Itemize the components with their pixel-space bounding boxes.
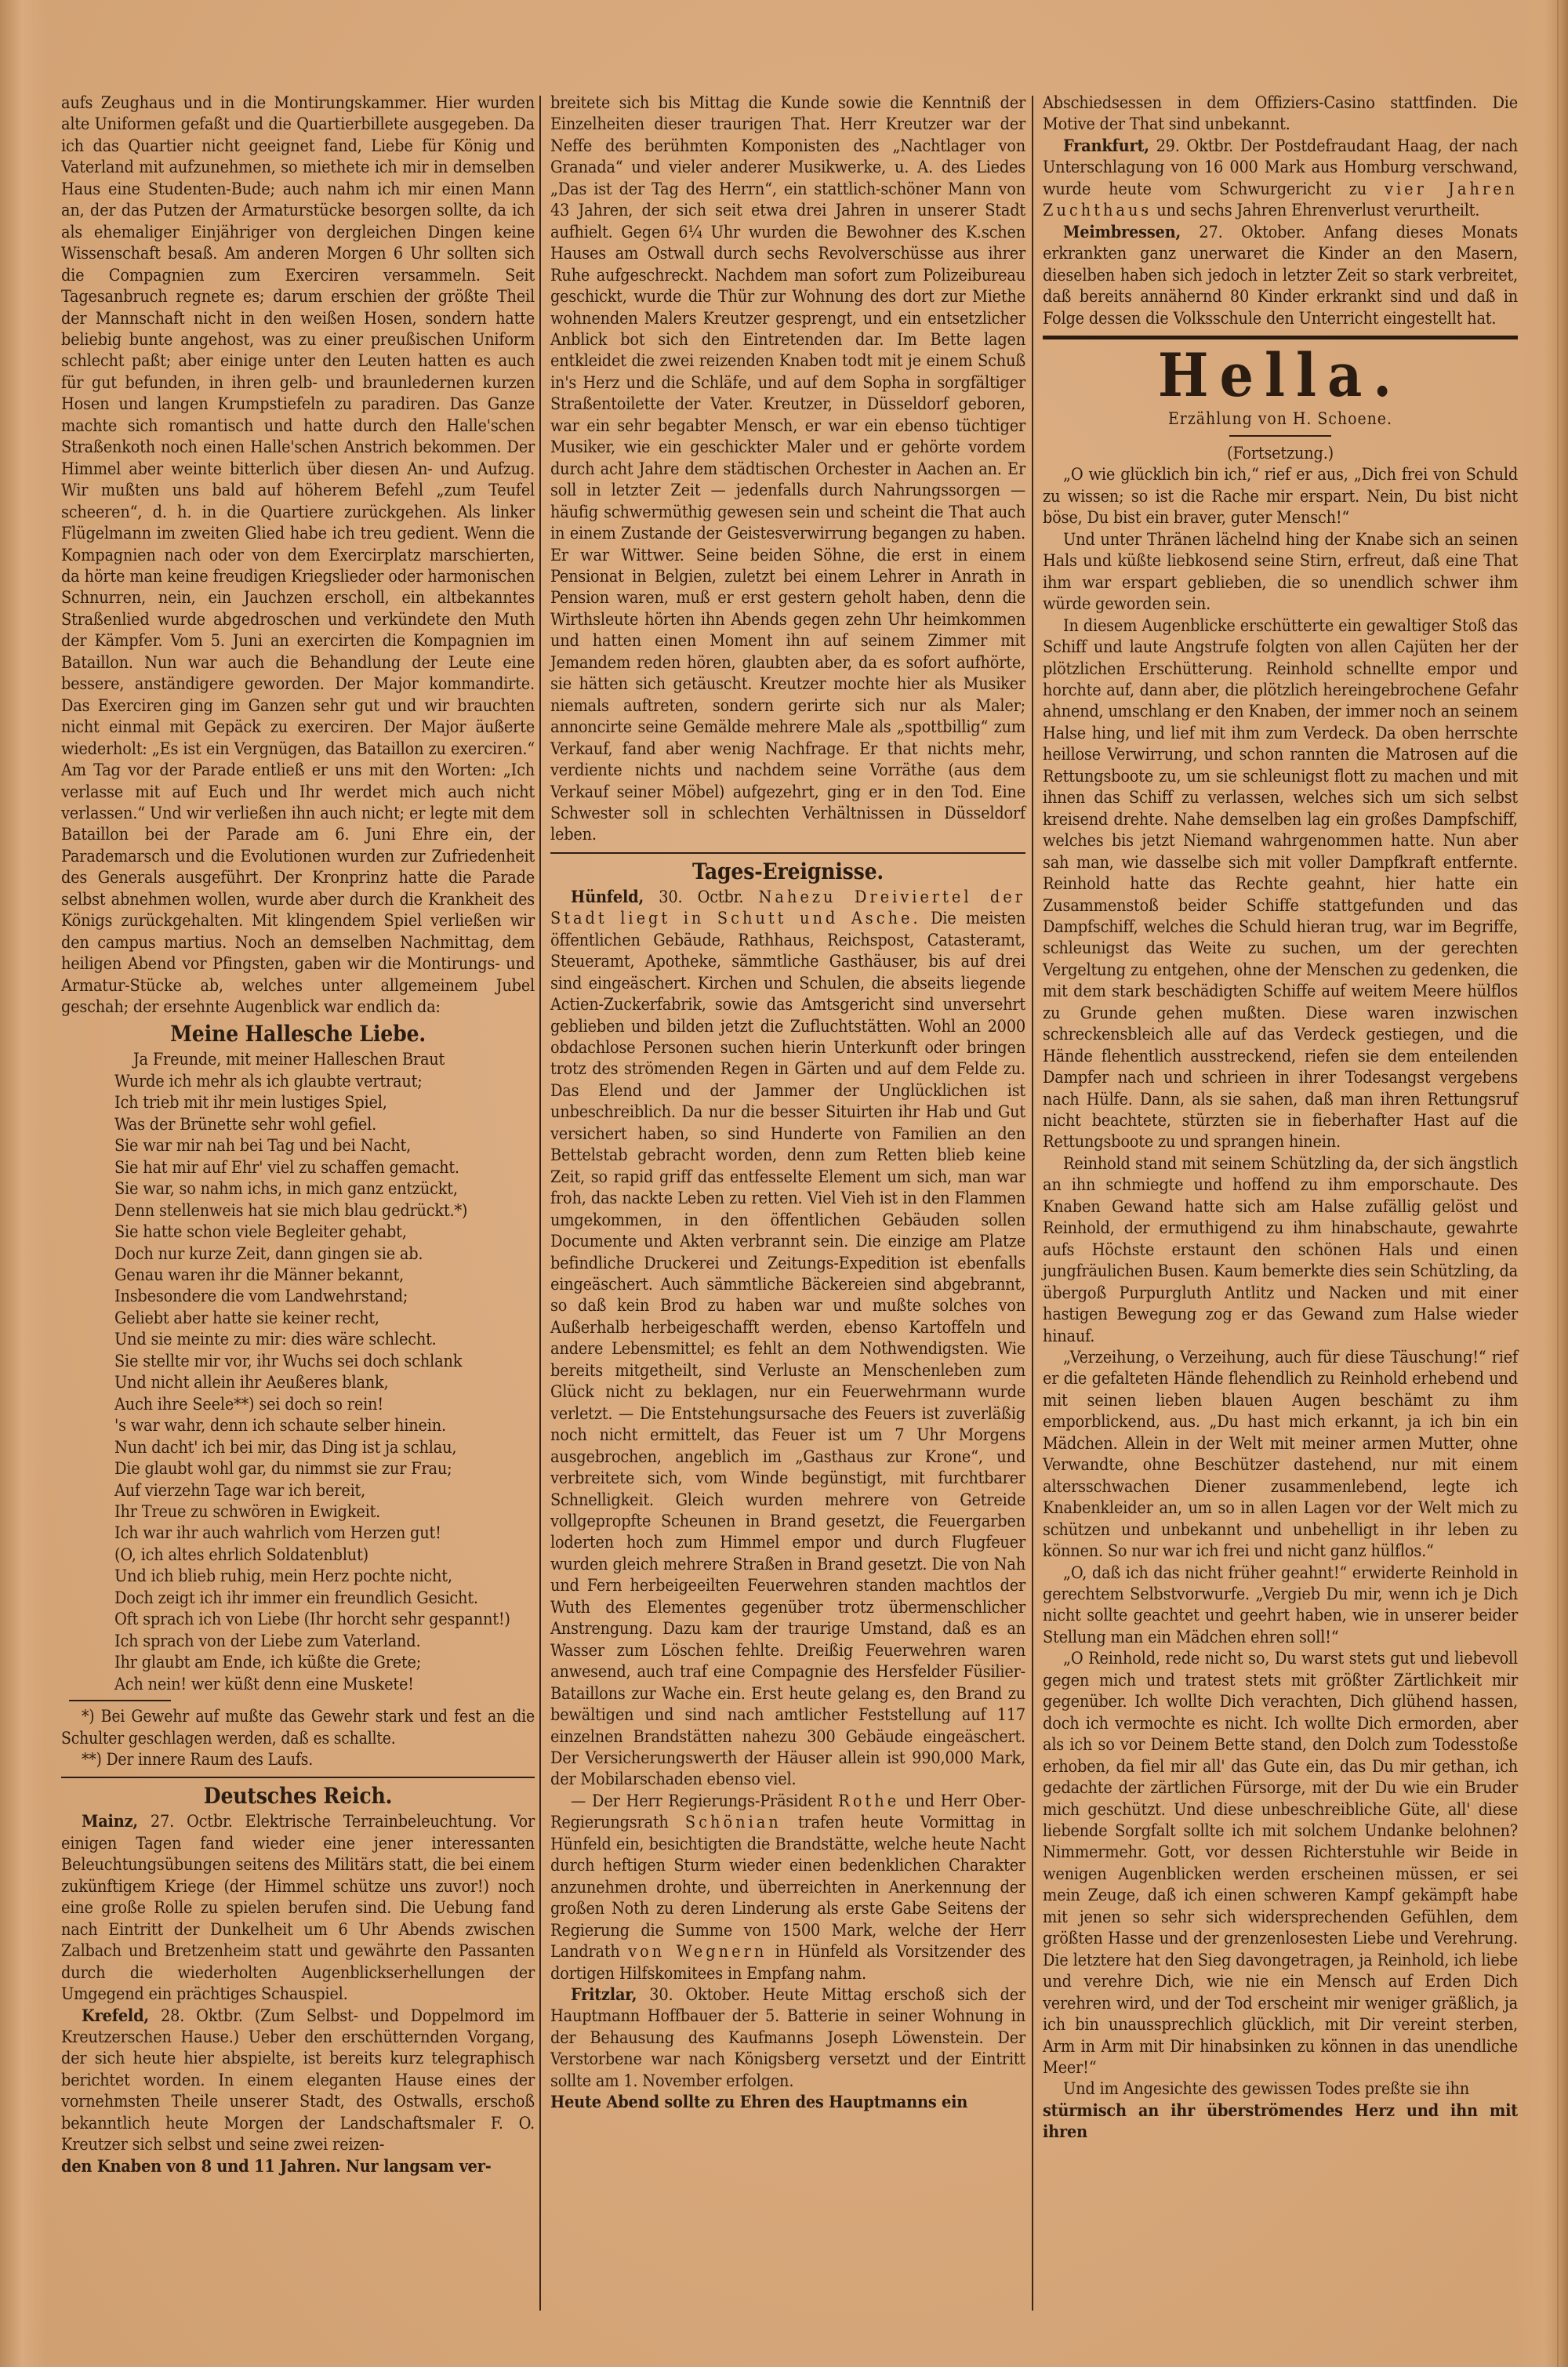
poem-line: Denn stellenweis hat sie mich blau gedrü… xyxy=(61,1200,535,1222)
story-paragraph: Und unter Thränen lächelnd hing der Knab… xyxy=(1043,529,1518,615)
story-paragraph: Reinhold stand mit seinem Schützling da,… xyxy=(1043,1153,1518,1347)
poem-line: Und ich blieb ruhig, mein Herz pochte ni… xyxy=(61,1566,535,1587)
poem-line: Ja Freunde, mit meiner Halleschen Braut xyxy=(61,1049,535,1070)
poem: Ja Freunde, mit meiner Halleschen Braut … xyxy=(61,1049,535,1695)
news-item-fritzlar: Fritzlar, 30. Oktober. Heute Mittag ersc… xyxy=(550,1984,1025,2092)
poem-line: Doch zeigt ich ihr immer ein freundlich … xyxy=(61,1588,535,1609)
poem-line: Auch ihre Seele**) sei doch so rein! xyxy=(61,1394,535,1415)
poem-line: Nun dacht' ich bei mir, das Ding ist ja … xyxy=(61,1437,535,1458)
section-rule xyxy=(61,1777,535,1778)
poem-line: Ich trieb mit ihr mein lustiges Spiel, xyxy=(61,1092,535,1113)
poem-line: 's war wahr, denn ich schaute selber hin… xyxy=(61,1415,535,1436)
news-text: 28. Oktbr. (Zum Selbst- und Doppelmord i… xyxy=(61,2006,535,2155)
story-paragraph: „O Reinhold, rede nicht so, Du warst ste… xyxy=(1043,1648,1518,2078)
poem-line: Was der Brünette sehr wohl gefiel. xyxy=(61,1114,535,1135)
poem-line: Sie hat mir auf Ehr' viel zu schaffen ge… xyxy=(61,1157,535,1178)
poem-line: Die glaubt wohl gar, du nimmst sie zur F… xyxy=(61,1458,535,1479)
poem-line: Genau waren ihr die Männer bekannt, xyxy=(61,1265,535,1286)
poem-line: Wurde ich mehr als ich glaubte vertraut; xyxy=(61,1071,535,1092)
column-3: Abschiedsessen in dem Offiziers-Casino s… xyxy=(1043,93,1518,2144)
news-text: und sechs Jahren Ehrenverlust verurtheil… xyxy=(1152,201,1479,220)
spaced-name: von Wegnern xyxy=(628,1942,767,1962)
spaced-name: Rothe xyxy=(838,1792,899,1811)
poem-title: Meine Hallesche Liebe. xyxy=(61,1021,535,1047)
news-text-tail: Heute Abend sollte zu Ehren des Hauptman… xyxy=(550,2092,1025,2113)
news-text: trafen heute Vormittag in Hünfeld ein, b… xyxy=(550,1813,1025,1962)
dateline-place: Frankfurt, xyxy=(1063,136,1149,156)
poem-line: Ihr glaubt am Ende, ich küßte die Grete; xyxy=(61,1652,535,1673)
news-item-meimbressen: Meimbressen, 27. Oktober. Anfang dieses … xyxy=(1043,222,1518,329)
footnote: **) Der innere Raum des Laufs. xyxy=(61,1749,535,1770)
poem-line: Sie war mir nah bei Tag und bei Nacht, xyxy=(61,1135,535,1156)
page-fold-edge xyxy=(1557,0,1559,2367)
poem-line: Ich sprach von der Liebe zum Vaterland. xyxy=(61,1631,535,1652)
feuilleton-subtitle: Erzählung von H. Schoene. xyxy=(1043,407,1518,430)
title-rule xyxy=(1229,435,1331,437)
news-text: Die meisten öffentlichen Gebäude, Rathha… xyxy=(550,909,1025,1789)
section-heading-deutsches-reich: Deutsches Reich. xyxy=(61,1783,535,1810)
poem-line: Auf vierzehn Tage war ich bereit, xyxy=(61,1480,535,1501)
column-1: aufs Zeughaus und in die Montirungskamme… xyxy=(61,93,535,2177)
story-paragraph: In diesem Augenblicke erschütterte ein g… xyxy=(1043,615,1518,1153)
poem-line: Oft sprach ich von Liebe (Ihr horcht seh… xyxy=(61,1609,535,1630)
column-divider xyxy=(1032,96,1033,2311)
story-paragraph: „Verzeihung, o Verzeihung, auch für dies… xyxy=(1043,1347,1518,1563)
poem-line: Und sie meinte zu mir: dies wäre schlech… xyxy=(61,1329,535,1350)
poem-line: Und nicht allein ihr Aeußeres blank, xyxy=(61,1372,535,1393)
article-text: aufs Zeughaus und in die Montirungskamme… xyxy=(61,93,535,1018)
poem-line: (O, ich altes ehrlich Soldatenblut) xyxy=(61,1545,535,1566)
poem-line: Ich war ihr auch wahrlich vom Herzen gut… xyxy=(61,1523,535,1544)
news-item-huenfeld: Hünfeld, 30. Octbr. Nahezu Dreiviertel d… xyxy=(550,887,1025,1791)
news-item-regierung: — Der Herr Regierungs-Präsident Rothe un… xyxy=(550,1791,1025,1984)
article-text: Abschiedsessen in dem Offiziers-Casino s… xyxy=(1043,93,1518,136)
news-text: 27. Octbr. Elektrische Terrainbeleuchtun… xyxy=(61,1812,535,2004)
dateline-place: Krefeld, xyxy=(82,2006,149,2026)
dateline-date: 30. Octbr. xyxy=(644,888,758,907)
poem-line: Sie stellte mir vor, ihr Wuchs sei doch … xyxy=(61,1351,535,1372)
story-paragraph: „O, daß ich das nicht früher geahnt!“ er… xyxy=(1043,1563,1518,1649)
column-divider xyxy=(539,96,541,2311)
feuilleton-title: Hella. xyxy=(1043,344,1518,407)
poem-line: Sie hatte schon viele Begleiter gehabt, xyxy=(61,1222,535,1243)
spaced-name: Schönian xyxy=(685,1813,782,1832)
dateline-place: Meimbressen, xyxy=(1063,223,1181,242)
section-rule xyxy=(550,852,1025,854)
dateline-place: Mainz, xyxy=(82,1812,138,1832)
news-text: — Der Herr Regierungs-Präsident xyxy=(571,1792,838,1811)
poem-line: Geliebt aber hatte sie keiner recht, xyxy=(61,1308,535,1329)
footnote: *) Bei Gewehr auf mußte das Gewehr stark… xyxy=(61,1706,535,1749)
footnote-rule xyxy=(69,1700,171,1701)
story-paragraph: „O wie glücklich bin ich,“ rief er aus, … xyxy=(1043,464,1518,528)
story-paragraph: Und im Angesichte des gewissen Todes pre… xyxy=(1043,2078,1518,2100)
article-text: breitete sich bis Mittag die Kunde sowie… xyxy=(550,93,1025,846)
news-item-frankfurt: Frankfurt, 29. Oktbr. Der Postdefraudant… xyxy=(1043,136,1518,222)
news-text-tail: den Knaben von 8 und 11 Jahren. Nur lang… xyxy=(61,2156,535,2177)
dateline-place: Hünfeld, xyxy=(571,888,644,907)
poem-line: Insbesondere die vom Landwehrstand; xyxy=(61,1286,535,1307)
poem-line: Ihr Treue zu schwören in Ewigkeit. xyxy=(61,1501,535,1523)
poem-line: Sie war, so nahm ichs, in mich ganz entz… xyxy=(61,1178,535,1200)
feuilleton-rule xyxy=(1043,336,1518,339)
continuation-label: (Fortsetzung.) xyxy=(1043,443,1518,464)
news-item-mainz: Mainz, 27. Octbr. Elektrische Terrainbel… xyxy=(61,1811,535,2005)
poem-line: Doch nur kurze Zeit, dann gingen sie ab. xyxy=(61,1243,535,1265)
news-item-krefeld: Krefeld, 28. Oktbr. (Zum Selbst- und Dop… xyxy=(61,2006,535,2156)
story-text-tail: stürmisch an ihr überströmendes Herz und… xyxy=(1043,2100,1518,2144)
poem-line: Ach nein! wer küßt denn eine Muskete! xyxy=(61,1674,535,1695)
section-heading-tages-ereignisse: Tages-Ereignisse. xyxy=(550,859,1025,885)
column-2: breitete sich bis Mittag die Kunde sowie… xyxy=(550,93,1025,2114)
dateline-place: Fritzlar, xyxy=(571,1985,637,2005)
